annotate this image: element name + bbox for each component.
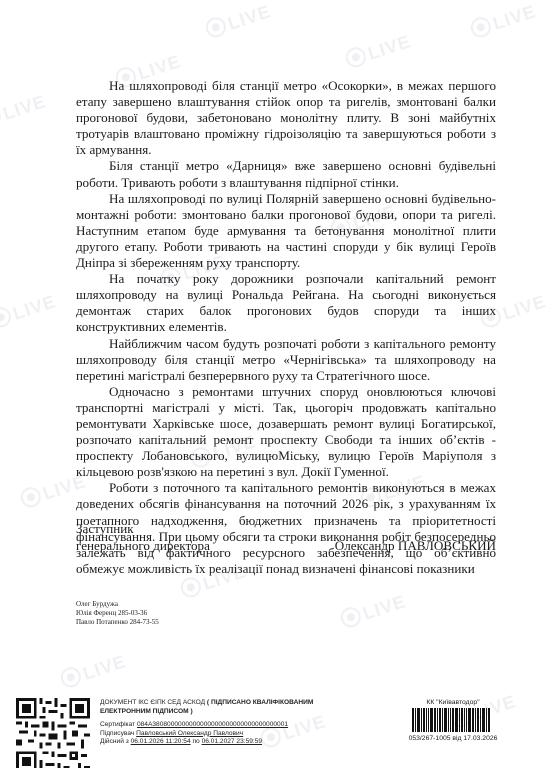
- e-signature-info: ДОКУМЕНТ ІКС ЄІПК СЕД АСКОД ( ПІДПИСАНО …: [100, 699, 340, 747]
- watermark-live: LIVE: [0, 290, 59, 332]
- registration-stamp: КК "Київавтодор" 053/267-1005 від 17.03.…: [398, 699, 508, 742]
- contact-item: Олег Бурдужа: [76, 600, 159, 609]
- watermark-live: LIVE: [0, 90, 49, 132]
- signer-name: Олександр ПАВЛОВСЬКИЙ: [335, 538, 496, 555]
- certificate-label: Сертифікат: [100, 721, 135, 728]
- paragraph-poliarna: На шляхопроводі по вулиці Полярній завер…: [76, 191, 496, 271]
- valid-to-label: по: [192, 738, 199, 745]
- doc-system-label: ДОКУМЕНТ ІКС ЄІПК СЕД АСКОД: [100, 699, 205, 706]
- e-signature-footer: ДОКУМЕНТ ІКС ЄІПК СЕД АСКОД ( ПІДПИСАНО …: [0, 690, 552, 768]
- registration-number: 053/267-1005 від 17.03.2026: [398, 735, 508, 742]
- letter-body: На шляхопроводі біля станції метро «Осок…: [76, 78, 496, 577]
- certificate-value: 084A380800000000000000000000000000000000…: [137, 721, 288, 728]
- watermark-live: LIVE: [343, 30, 414, 72]
- contacts-list: Олег Бурдужа Юлія Ференц 285-03-36 Павло…: [76, 600, 159, 626]
- paragraph-darnytsia: Біля станції метро «Дарниця» вже заверше…: [76, 158, 496, 190]
- valid-to-value: 06.01.2027 23:59:59: [202, 738, 263, 745]
- validity-row: Дійсний з 06.01.2026 11:20:54 по 06.01.2…: [100, 738, 340, 747]
- qr-code-icon: [16, 698, 90, 768]
- contact-item: Павло Потапенко 284-73-55: [76, 618, 159, 627]
- certificate-row: Сертифікат 084A3808000000000000000000000…: [100, 721, 340, 730]
- signer-row: Підписувач Павловський Олександр Павлови…: [100, 730, 340, 739]
- organization-name: КК "Київавтодор": [398, 699, 508, 706]
- watermark-live: LIVE: [338, 590, 409, 632]
- contact-item: Юлія Ференц 285-03-36: [76, 609, 159, 618]
- watermark-live: LIVE: [58, 650, 129, 692]
- paragraph-roads: Одночасно з ремонтами штучних споруд оно…: [76, 384, 496, 481]
- signer-position-line1: Заступник: [76, 521, 496, 538]
- paragraph-chernihivska: Найближчим часом будуть розпочаті роботи…: [76, 336, 496, 384]
- valid-from-value: 06.01.2026 11:20:54: [131, 738, 191, 745]
- paragraph-osokorky: На шляхопроводі біля станції метро «Осок…: [76, 78, 496, 158]
- signer-label: Підписувач: [100, 730, 134, 737]
- signature-block: Заступник генерального директора Олексан…: [76, 521, 496, 554]
- watermark-live: LIVE: [468, 0, 539, 42]
- paragraph-reigan: На початку року дорожники розпочали капі…: [76, 271, 496, 335]
- watermark-live: LIVE: [203, 0, 274, 42]
- barcode-icon: [412, 708, 494, 732]
- valid-from-label: Дійсний з: [100, 738, 129, 745]
- signer-value: Павловський Олександр Павлович: [136, 730, 243, 737]
